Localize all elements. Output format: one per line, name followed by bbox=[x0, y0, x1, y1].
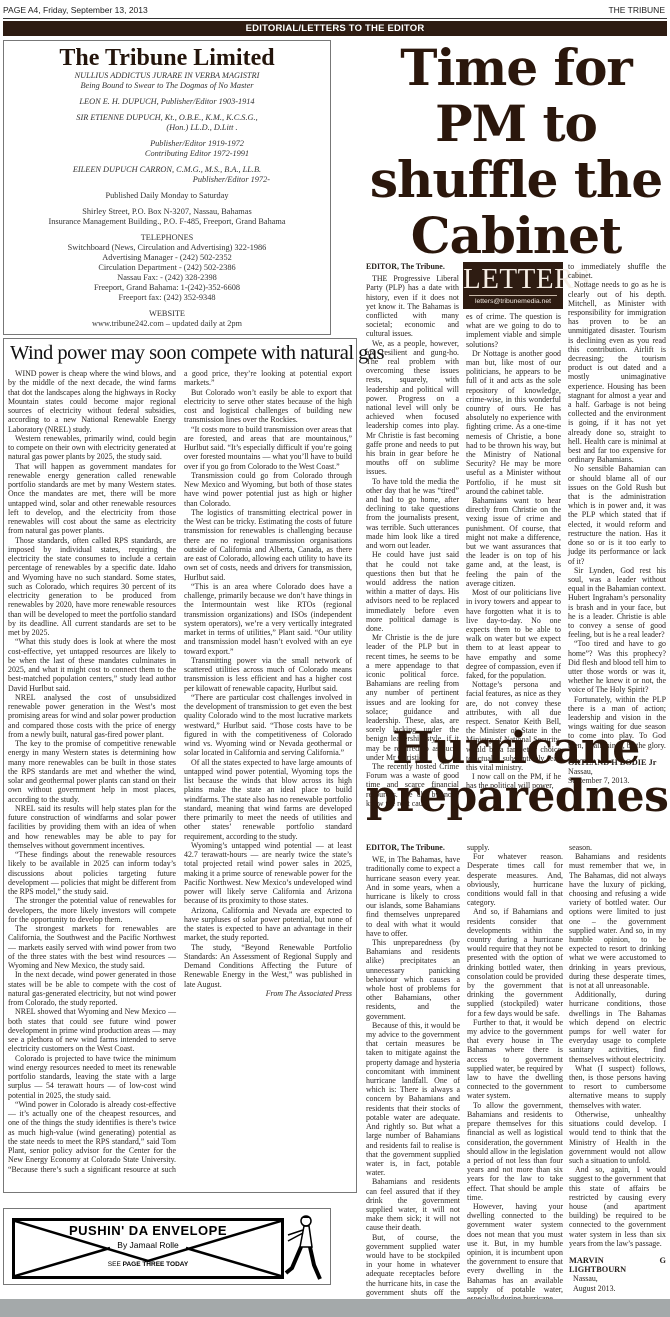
wind-article-headline: Wind power may soon compete with natural… bbox=[4, 339, 356, 365]
letter-byline: EDITOR, The Tribune. bbox=[366, 843, 460, 852]
phone-line: Freeport fax: (242) 352-9348 bbox=[4, 293, 330, 303]
cartoon-promo[interactable]: PUSHIN' DA ENVELOPE By Jamaal Rolle SEE … bbox=[3, 1208, 331, 1285]
letter2-col1: EDITOR, The Tribune. WE, in The Bahamas,… bbox=[366, 843, 460, 1306]
letter1-headline: Time for PM to shuffle the Cabinet bbox=[366, 40, 666, 264]
cartoon-cta: SEE PAGE THREE TODAY bbox=[15, 1261, 281, 1268]
editor2-name: SIR ETIENNE DUPUCH, Kt., O.B.E., K.M., K… bbox=[4, 113, 330, 123]
editor3-name: EILEEN DUPUCH CARRON, C.M.G., M.S., B.A.… bbox=[4, 165, 330, 175]
paragraph: The logistics of transmitting electrical… bbox=[184, 508, 352, 582]
paragraph: “These findings about the renewable reso… bbox=[8, 850, 176, 896]
paragraph: Arizona, California and Nevada are expec… bbox=[184, 906, 352, 943]
published-line: Published Daily Monday to Saturday bbox=[4, 191, 330, 201]
paragraph: “There are particular cost challenges in… bbox=[184, 693, 352, 758]
phone-line: Switchboard (News, Circulation and Adver… bbox=[4, 243, 330, 253]
paragraph: Western renewables, primarily wind, coul… bbox=[8, 434, 176, 462]
letter2-col3: season. Bahamians and residents must rem… bbox=[569, 843, 666, 1293]
letter2-headline: Hurricane preparedness bbox=[366, 725, 666, 821]
cartoon-author: By Jamaal Rolle bbox=[15, 1240, 281, 1250]
address-line-2: Insurance Management Building., P.O. F-4… bbox=[4, 217, 330, 227]
folio-publication: THE TRIBUNE bbox=[608, 5, 665, 15]
cartoon-title: PUSHIN' DA ENVELOPE bbox=[15, 1223, 281, 1238]
editor3-role: Publisher/Editor 1972- bbox=[4, 175, 330, 185]
paragraph: Transmission could go from Colorado thro… bbox=[184, 471, 352, 508]
folio-page-date: PAGE A4, Friday, September 13, 2013 bbox=[3, 5, 148, 15]
paragraph: “It costs more to build transmission ove… bbox=[184, 425, 352, 471]
paragraph: The strongest markets for renewables are… bbox=[8, 924, 176, 970]
phone-line: Nassau Fax: - (242) 328-2398 bbox=[4, 273, 330, 283]
phone-line: Advertising Manager - (242) 502-2352 bbox=[4, 253, 330, 263]
telephones-heading: TELEPHONES bbox=[4, 233, 330, 243]
folio-rule bbox=[3, 18, 667, 19]
letter1-col2: es of crime. The question is what are we… bbox=[466, 312, 561, 791]
letter-byline: EDITOR, The Tribune. bbox=[366, 262, 459, 271]
letters-logo-box: LETTERS letters@tribunemedia.net bbox=[463, 262, 563, 309]
motto-translation: Being Bound to Swear to The Dogmas of No… bbox=[4, 81, 330, 91]
paragraph: Of all the states expected to have large… bbox=[184, 758, 352, 841]
article-credit: From The Associated Press bbox=[184, 989, 352, 998]
paragraph: NREL analysed the cost of unsubsidized r… bbox=[8, 693, 176, 739]
paragraph: Wyoming’s untapped wind potential — at l… bbox=[184, 841, 352, 906]
wind-article-body: WIND power is cheap where the wind blows… bbox=[8, 369, 352, 1188]
editor2-hon: (Hon.) LL.D., D.Litt . bbox=[4, 123, 330, 133]
paragraph: The key to the promise of competitive re… bbox=[8, 739, 176, 804]
paragraph: Colorado is projected to have twice the … bbox=[8, 1054, 176, 1100]
letter-date: August 2013. bbox=[569, 1284, 666, 1293]
editor2-role1: Publisher/Editor 1919-1972 bbox=[4, 139, 330, 149]
pushing-man-icon bbox=[284, 1213, 324, 1283]
paragraph: The study, “Beyond Renewable Portfolio S… bbox=[184, 943, 352, 989]
paragraph: “What this study does is look at where t… bbox=[8, 637, 176, 693]
paragraph: But Colorado won’t easily be able to exp… bbox=[184, 388, 352, 425]
masthead-title: The Tribune Limited bbox=[4, 45, 330, 71]
envelope-graphic: PUSHIN' DA ENVELOPE By Jamaal Rolle SEE … bbox=[12, 1218, 284, 1279]
paragraph: WIND power is cheap where the wind blows… bbox=[8, 369, 176, 434]
letters-label: LETTERS bbox=[463, 264, 563, 294]
paragraph: Transmitting power via the small network… bbox=[184, 656, 352, 693]
letter-place: Nassau, bbox=[569, 1274, 666, 1283]
editor2-role2: Contributing Editor 1972-1991 bbox=[4, 149, 330, 159]
founder-line: LEON E. H. DUPUCH, Publisher/Editor 1903… bbox=[4, 97, 330, 107]
masthead-box: The Tribune Limited NULLIUS ADDICTUS JUR… bbox=[3, 40, 331, 335]
wind-power-article: Wind power may soon compete with natural… bbox=[3, 338, 357, 1193]
address-line-1: Shirley Street, P.O. Box N-3207, Nassau,… bbox=[4, 207, 330, 217]
paragraph: That will happen as government mandates … bbox=[8, 462, 176, 536]
page-folio: PAGE A4, Friday, September 13, 2013 THE … bbox=[3, 4, 667, 18]
paragraph: “This is an area where Colorado does hav… bbox=[184, 582, 352, 656]
letter2-col2: supply. For whatever reason. Desperate t… bbox=[467, 843, 563, 1303]
motto: NULLIUS ADDICTUS JURARE IN VERBA MAGISTR… bbox=[4, 71, 330, 81]
phone-line: Freeport, Grand Bahama: 1-(242)-352-6608 bbox=[4, 283, 330, 293]
bottom-ad-strip bbox=[0, 1299, 670, 1317]
letter1-col3: to immediately shuffle the cabinet. Nott… bbox=[568, 262, 666, 785]
paragraph: The stronger the potential value of rene… bbox=[8, 896, 176, 924]
section-bar: EDITORIAL/LETTERS TO THE EDITOR bbox=[3, 21, 667, 36]
website-link[interactable]: www.tribune242.com – updated daily at 2p… bbox=[4, 319, 330, 329]
letters-email-link[interactable]: letters@tribunemedia.net bbox=[463, 297, 563, 307]
paragraph: NREL showed that Wyoming and New Mexico … bbox=[8, 1007, 176, 1053]
paragraph: NREL said its results will help states p… bbox=[8, 804, 176, 850]
letter1-body: EDITOR, The Tribune. THE Progressive Lib… bbox=[366, 262, 666, 662]
letter-signature: MARVIN G LIGHTBOURN bbox=[569, 1256, 666, 1274]
phone-line: Circulation Department - (242) 502-2386 bbox=[4, 263, 330, 273]
website-heading: WEBSITE bbox=[4, 309, 330, 319]
paragraph: Those standards, often called RPS standa… bbox=[8, 536, 176, 638]
paragraph: In the next decade, wind power generated… bbox=[8, 970, 176, 1007]
